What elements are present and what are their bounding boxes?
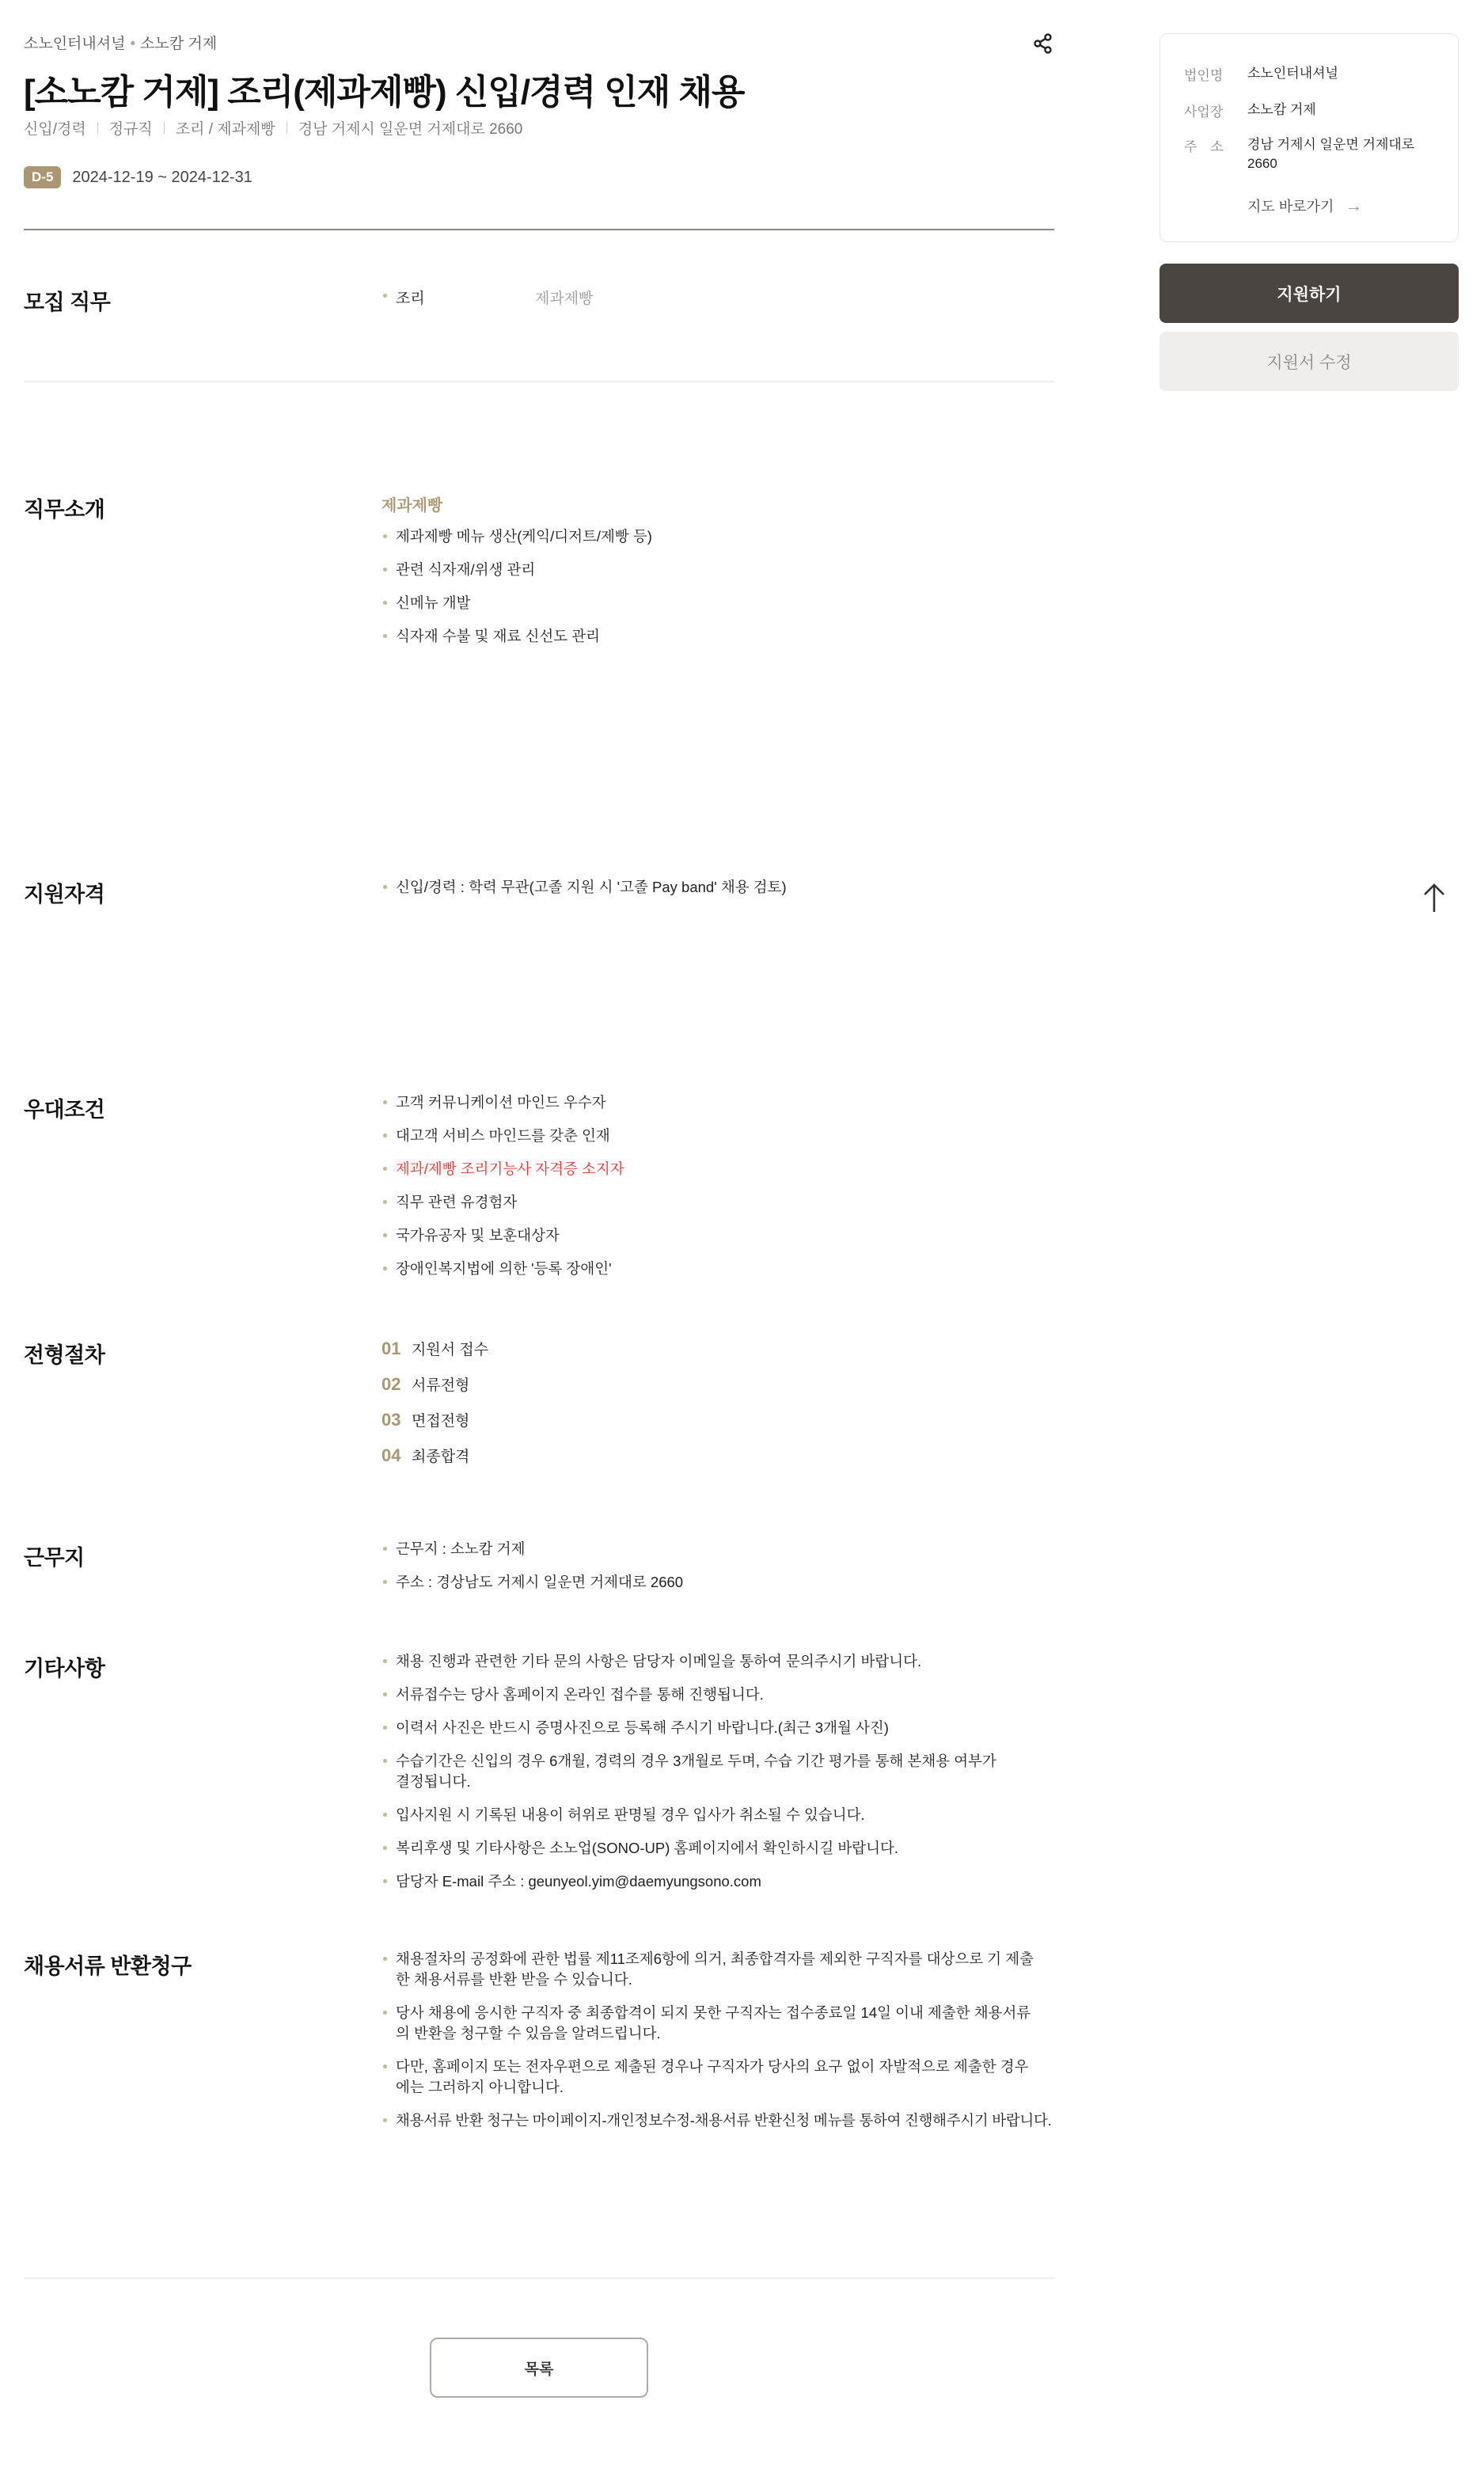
- meta-employment-type: 정규직: [109, 117, 153, 139]
- list-item: 직무 관련 유경험자: [381, 1192, 1054, 1213]
- process-step: 01 지원서 접수: [381, 1338, 1054, 1359]
- list-item: 담당자 E-mail 주소 : geunyeol.yim@daemyungson…: [381, 1871, 1054, 1892]
- info-row-company: 법인명 소노인터내셔널: [1184, 64, 1445, 84]
- list-item: 채용절차의 공정화에 관한 법률 제11조제6항에 의거, 최종합격자를 제외한…: [381, 1949, 1038, 1990]
- step-number: 01: [381, 1339, 412, 1359]
- step-number: 02: [381, 1374, 412, 1395]
- section-body-preference: 고객 커뮤니케이션 마인드 우수자 대고객 서비스 마인드를 갖춘 인재 제과/…: [381, 1092, 1054, 1292]
- breadcrumb-company[interactable]: 소노인터내셔널: [24, 36, 125, 52]
- job-row: 조리 제과제빵: [381, 287, 1054, 308]
- list-item: 채용서류 반환 청구는 마이페이지-개인정보수정-채용서류 반환신청 메뉴를 통…: [381, 2110, 1062, 2131]
- period-dates: 2024-12-19 ~ 2024-12-31: [72, 169, 252, 187]
- breadcrumb: 소노인터내셔널•소노캄 거제: [24, 32, 217, 53]
- info-value: 소노인터내셔널: [1247, 64, 1445, 84]
- info-value: 소노캄 거제: [1247, 101, 1445, 120]
- section-title-etc: 기타사항: [24, 1651, 104, 1682]
- meta-divider: [287, 122, 287, 134]
- application-period: D-5 2024-12-19 ~ 2024-12-31: [24, 166, 252, 188]
- list-item: 입사지원 시 기록된 내용이 허위로 판명될 경우 입사가 취소될 수 있습니다…: [381, 1805, 1054, 1825]
- list-item: 이력서 사진은 반드시 증명사진으로 등록해 주시기 바랍니다.(최근 3개월 …: [381, 1718, 1054, 1738]
- list-item: 신입/경력 : 학력 무관(고졸 지원 시 '고졸 Pay band' 채용 검…: [381, 877, 1054, 898]
- job-subcategory: 제과제빵: [535, 287, 593, 308]
- job-meta: 신입/경력 정규직 조리 / 제과제빵 경남 거제시 일운면 거제대로 2660: [24, 117, 522, 139]
- list-item: 다만, 홈페이지 또는 전자우편으로 제출된 경우나 구직자가 당사의 요구 없…: [381, 2057, 1038, 2098]
- section-body-job: 조리 제과제빵: [381, 287, 1054, 308]
- list-item-highlighted: 제과/제빵 조리기능사 자격증 소지자: [381, 1159, 1054, 1179]
- page-title: [소노캄 거제] 조리(제과제빵) 신입/경력 인재 채용: [24, 63, 745, 114]
- list-item: 수습기간은 신입의 경우 6개월, 경력의 경우 3개월로 두며, 수습 기간 …: [381, 1751, 999, 1792]
- breadcrumb-separator: •: [130, 36, 135, 52]
- list-button[interactable]: 목록: [430, 2338, 648, 2398]
- info-row-site: 사업장 소노캄 거제: [1184, 101, 1445, 120]
- section-title-preference: 우대조건: [24, 1092, 104, 1123]
- intro-subheading: 제과제빵: [381, 492, 1054, 515]
- dday-badge: D-5: [24, 166, 61, 188]
- list-item: 복리후생 및 기타사항은 소노업(SONO-UP) 홈페이지에서 확인하시길 바…: [381, 1838, 1054, 1859]
- list-item: 채용 진행과 관련한 기타 문의 사항은 담당자 이메일을 통하여 문의주시기 …: [381, 1651, 1054, 1672]
- section-divider: [24, 381, 1054, 382]
- list-item: 근무지 : 소노캄 거제: [381, 1539, 1054, 1559]
- section-title-document-return: 채용서류 반환청구: [24, 1949, 192, 1980]
- list-item: 장애인복지법에 의한 '등록 장애인': [381, 1259, 1054, 1279]
- breadcrumb-site[interactable]: 소노캄 거제: [140, 36, 217, 52]
- scroll-top-icon[interactable]: [1417, 879, 1452, 918]
- process-step: 03 면접전형: [381, 1409, 1054, 1430]
- section-body-process: 01 지원서 접수 02 서류전형 03 면접전형 04 최종합격: [381, 1338, 1054, 1480]
- section-body-qualification: 신입/경력 : 학력 무관(고졸 지원 시 '고졸 Pay band' 채용 검…: [381, 877, 1054, 910]
- list-item: 당사 채용에 응시한 구직자 중 최종합격이 되지 못한 구직자는 접수종료일 …: [381, 2003, 1038, 2044]
- list-item: 국가유공자 및 보훈대상자: [381, 1225, 1054, 1246]
- info-label: 법인명: [1184, 64, 1247, 84]
- edit-application-button[interactable]: 지원서 수정: [1159, 332, 1459, 391]
- meta-career: 신입/경력: [24, 117, 86, 139]
- list-item: 신메뉴 개발: [381, 593, 1054, 613]
- step-number: 04: [381, 1445, 412, 1466]
- section-body-intro: 제과제빵 제과제빵 메뉴 생산(케익/디저트/제빵 등) 관련 식자재/위생 관…: [381, 492, 1054, 659]
- share-icon[interactable]: [1030, 30, 1057, 57]
- list-item: 주소 : 경상남도 거제시 일운면 거제대로 2660: [381, 1572, 1054, 1593]
- step-label: 서류전형: [412, 1373, 469, 1395]
- header-divider: [24, 229, 1054, 230]
- company-info-card: 법인명 소노인터내셔널 사업장 소노캄 거제 주 소 경남 거제시 일운면 거제…: [1159, 33, 1459, 242]
- step-label: 최종합격: [412, 1445, 469, 1466]
- arrow-right-icon: →: [1345, 196, 1362, 216]
- list-item: 서류접수는 당사 홈페이지 온라인 접수를 통해 진행됩니다.: [381, 1684, 1054, 1705]
- apply-button[interactable]: 지원하기: [1159, 264, 1459, 323]
- section-title-process: 전형절차: [24, 1338, 104, 1369]
- section-title-intro: 직무소개: [24, 492, 104, 523]
- section-title-job: 모집 직무: [24, 285, 110, 316]
- list-item: 관련 식자재/위생 관리: [381, 560, 1054, 580]
- list-item: 고객 커뮤니케이션 마인드 우수자: [381, 1092, 1054, 1113]
- job-category: 조리: [381, 287, 535, 308]
- map-link-label: 지도 바로가기: [1247, 196, 1334, 216]
- section-body-location: 근무지 : 소노캄 거제 주소 : 경상남도 거제시 일운면 거제대로 2660: [381, 1539, 1054, 1605]
- section-title-qualification: 지원자격: [24, 877, 104, 908]
- section-body-document-return: 채용절차의 공정화에 관한 법률 제11조제6항에 의거, 최종합격자를 제외한…: [381, 1949, 1054, 2144]
- step-number: 03: [381, 1410, 412, 1430]
- footer-divider: [24, 2277, 1054, 2279]
- list-item: 제과제빵 메뉴 생산(케익/디저트/제빵 등): [381, 526, 1054, 547]
- meta-job-category: 조리 / 제과제빵: [176, 117, 275, 139]
- process-step: 04 최종합격: [381, 1445, 1054, 1466]
- info-row-address: 주 소 경남 거제시 일운면 거제대로 2660: [1184, 135, 1421, 173]
- meta-divider: [164, 122, 165, 134]
- info-label: 사업장: [1184, 101, 1247, 120]
- map-link[interactable]: 지도 바로가기 →: [1247, 196, 1362, 216]
- list-item: 식자재 수불 및 재료 신선도 관리: [381, 626, 1054, 647]
- info-value: 경남 거제시 일운면 거제대로 2660: [1247, 135, 1421, 173]
- step-label: 지원서 접수: [412, 1338, 488, 1359]
- meta-address: 경남 거제시 일운면 거제대로 2660: [298, 117, 523, 139]
- meta-divider: [97, 122, 98, 134]
- section-body-etc: 채용 진행과 관련한 기타 문의 사항은 담당자 이메일을 통하여 문의주시기 …: [381, 1651, 1054, 1905]
- process-step: 02 서류전형: [381, 1373, 1054, 1395]
- step-label: 면접전형: [412, 1409, 469, 1430]
- info-label: 주 소: [1184, 135, 1247, 173]
- list-item: 대고객 서비스 마인드를 갖춘 인재: [381, 1126, 1054, 1146]
- section-title-location: 근무지: [24, 1540, 85, 1571]
